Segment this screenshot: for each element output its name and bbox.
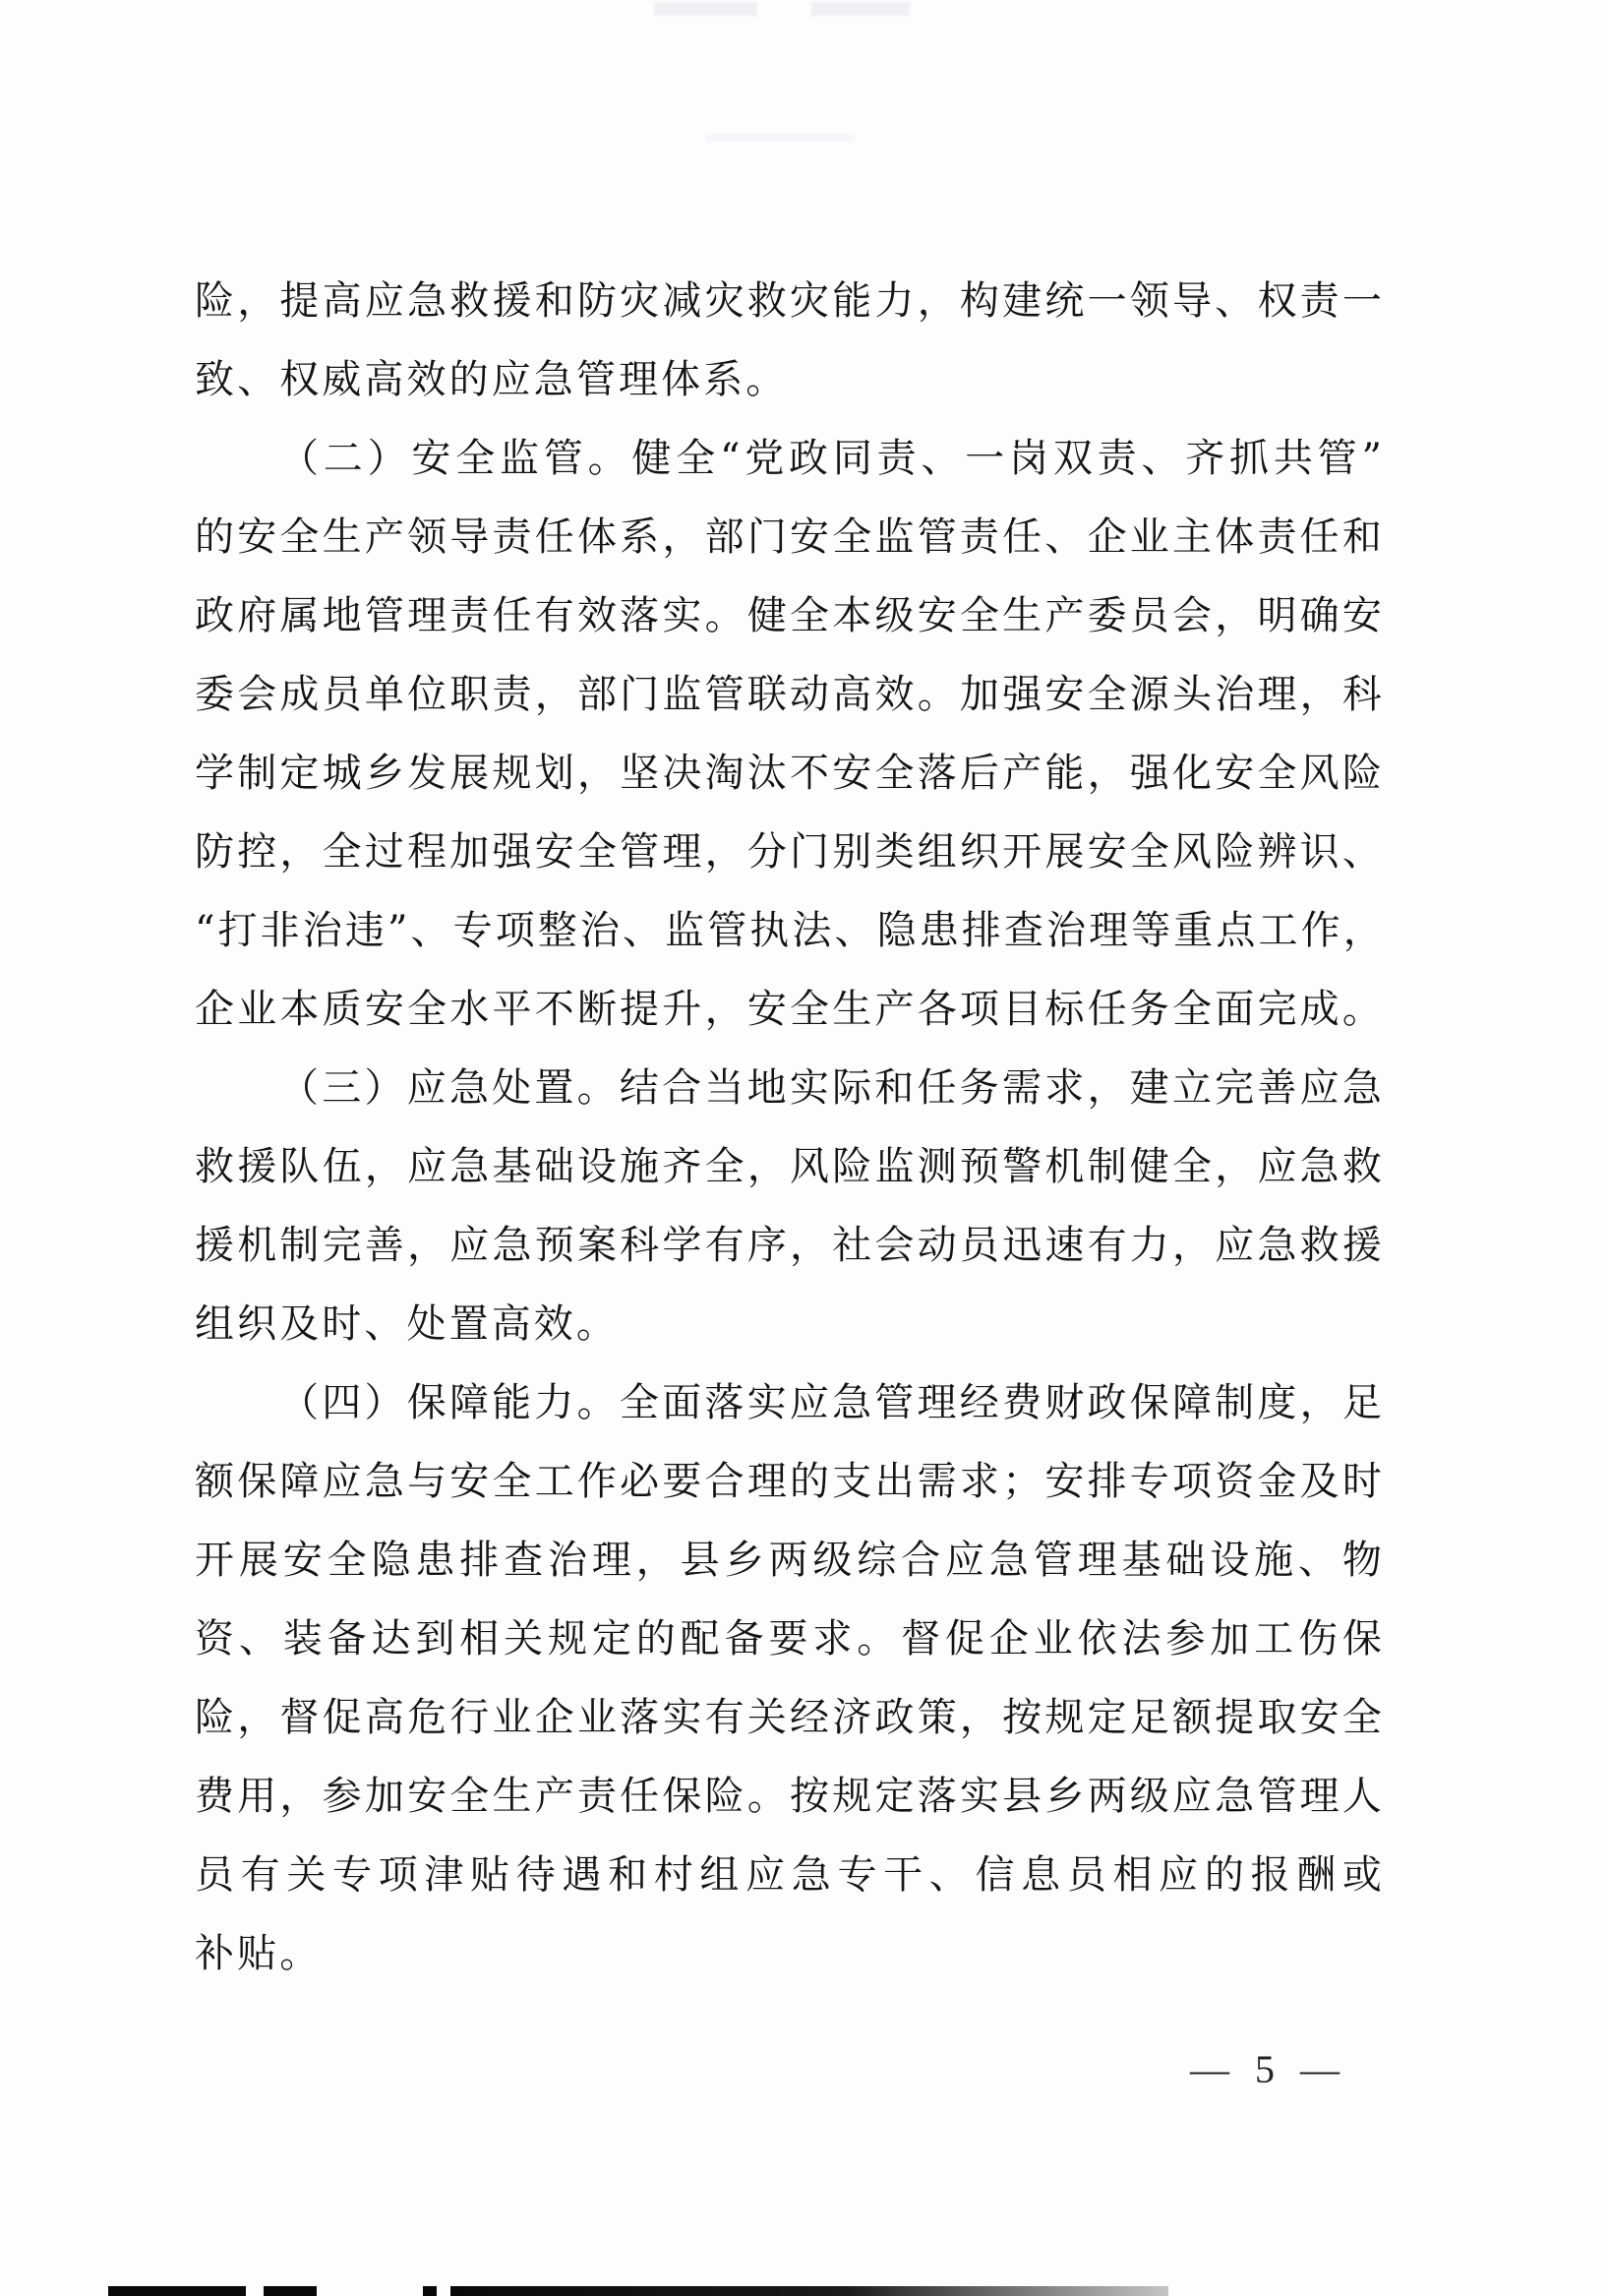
text-line: 防控，全过程加强安全管理，分门别类组织开展安全风险辨识、 — [195, 824, 1385, 903]
scan-edge-artifact — [264, 2286, 317, 2296]
text-line: 费用，参加安全生产责任保险。按规定落实县乡两级应急管理人 — [195, 1769, 1385, 1847]
paragraph-safety-supervision: （二）安全监管。健全“党政同责、一岗双责、齐抓共管” 的安全生产领导责任体系，部… — [195, 431, 1385, 1060]
scan-edge-artifact — [108, 2286, 246, 2296]
scan-edge-artifact — [423, 2286, 437, 2296]
paragraph-continued: 险，提高应急救援和防灾减灾救灾能力，构建统一领导、权责一 致、权威高效的应急管理… — [195, 273, 1385, 431]
text-line: 救援队伍，应急基础设施齐全，风险监测预警机制健全，应急救 — [195, 1139, 1385, 1218]
text-line: “打非治违”、专项整治、监管执法、隐患排查治理等重点工作， — [195, 903, 1385, 982]
text-line: 补贴。 — [195, 1926, 1385, 2005]
scan-bleed-through-right — [811, 2, 910, 16]
text-line: 员有关专项津贴待遇和村组应急专干、信息员相应的报酬或 — [195, 1847, 1385, 1926]
text-line: 援机制完善，应急预案科学有序，社会动员迅速有力，应急救援 — [195, 1218, 1385, 1297]
text-line: 额保障应急与安全工作必要合理的支出需求；安排专项资金及时 — [195, 1454, 1385, 1533]
page-number: — 5 — — [1190, 2046, 1341, 2092]
text-line: 险，督促高危行业企业落实有关经济政策，按规定足额提取安全 — [195, 1690, 1385, 1769]
text-line: 致、权威高效的应急管理体系。 — [195, 352, 1385, 431]
section-heading-line: （三）应急处置。结合当地实际和任务需求，建立完善应急 — [195, 1060, 1385, 1139]
paragraph-support-capacity: （四）保障能力。全面落实应急管理经费财政保障制度，足 额保障应急与安全工作必要合… — [195, 1375, 1385, 2005]
text-line: 学制定城乡发展规划，坚决淘汰不安全落后产能，强化安全风险 — [195, 746, 1385, 824]
paragraph-emergency-response: （三）应急处置。结合当地实际和任务需求，建立完善应急 救援队伍，应急基础设施齐全… — [195, 1060, 1385, 1375]
document-page: 险，提高应急救援和防灾减灾救灾能力，构建统一领导、权责一 致、权威高效的应急管理… — [0, 0, 1608, 2296]
scan-bleed-through-mid — [706, 134, 854, 142]
text-line: 组织及时、处置高效。 — [195, 1297, 1385, 1375]
section-heading-line: （二）安全监管。健全“党政同责、一岗双责、齐抓共管” — [195, 431, 1385, 510]
text-line: 资、装备达到相关规定的配备要求。督促企业依法参加工伤保 — [195, 1611, 1385, 1690]
section-heading-line: （四）保障能力。全面落实应急管理经费财政保障制度，足 — [195, 1375, 1385, 1454]
text-line: 开展安全隐患排查治理，县乡两级综合应急管理基础设施、物 — [195, 1533, 1385, 1611]
scan-edge-artifact — [450, 2286, 1168, 2296]
text-line: 的安全生产领导责任体系，部门安全监管责任、企业主体责任和 — [195, 510, 1385, 588]
text-line: 企业本质安全水平不断提升，安全生产各项目标任务全面完成。 — [195, 982, 1385, 1060]
scan-bleed-through-left — [654, 2, 757, 16]
body-text: 险，提高应急救援和防灾减灾救灾能力，构建统一领导、权责一 致、权威高效的应急管理… — [195, 273, 1385, 2005]
text-line: 政府属地管理责任有效落实。健全本级安全生产委员会，明确安 — [195, 588, 1385, 667]
text-line: 险，提高应急救援和防灾减灾救灾能力，构建统一领导、权责一 — [195, 273, 1385, 352]
text-line: 委会成员单位职责，部门监管联动高效。加强安全源头治理，科 — [195, 667, 1385, 746]
